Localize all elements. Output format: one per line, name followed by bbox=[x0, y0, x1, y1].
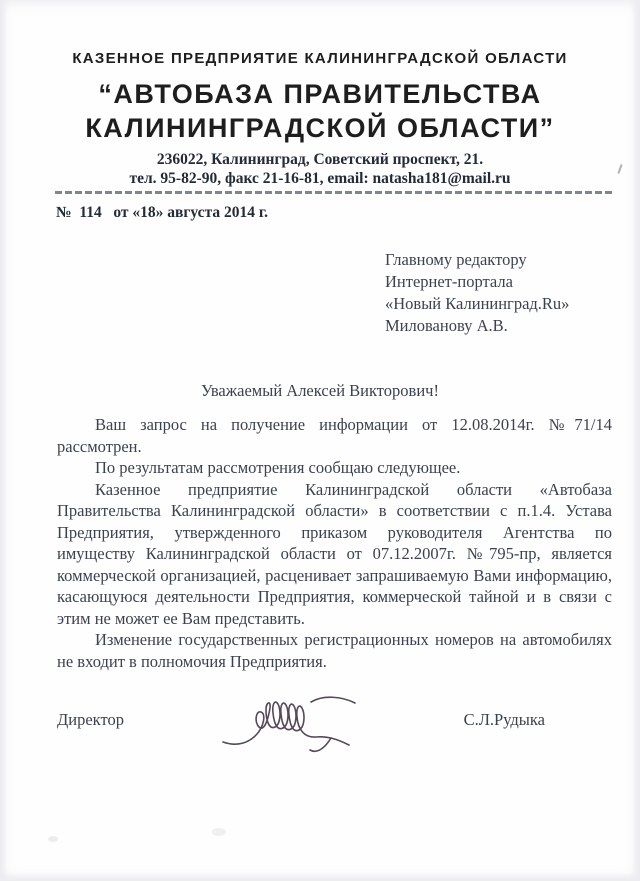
letter-page: КАЗЕННОЕ ПРЕДПРИЯТИЕ КАЛИНИНГРАДСКОЙ ОБЛ… bbox=[0, 0, 640, 881]
org-type-line: КАЗЕННОЕ ПРЕДПРИЯТИЕ КАЛИНИНГРАДСКОЙ ОБЛ… bbox=[0, 50, 640, 68]
recipient-line: Главному редактору bbox=[385, 249, 640, 271]
body-paragraph: Казенное предприятие Калининградской обл… bbox=[57, 479, 612, 630]
recipient-line: Милованову А.В. bbox=[385, 315, 640, 337]
scan-edge-left bbox=[0, 0, 7, 881]
signer-title: Директор bbox=[57, 710, 124, 730]
letterhead-divider bbox=[55, 191, 614, 194]
org-name: “АВТОБАЗА ПРАВИТЕЛЬСТВА КАЛИНИНГРАДСКОЙ … bbox=[0, 77, 640, 145]
org-address: 236022, Калининград, Советский проспект,… bbox=[0, 150, 640, 169]
org-contacts: тел. 95-82-90, факс 21-16-81, email: nat… bbox=[0, 169, 640, 188]
scan-edge-bottom bbox=[0, 873, 640, 881]
signature-row: Директор С.Л.Рудыка bbox=[57, 710, 545, 756]
body-paragraph: Ваш запрос на получение информации от 12… bbox=[57, 414, 612, 457]
scan-edge-right bbox=[631, 0, 640, 881]
signer-name: С.Л.Рудыка bbox=[464, 710, 545, 730]
body-paragraph: Изменение государственных регистрационны… bbox=[57, 629, 612, 672]
handwritten-signature-icon bbox=[219, 694, 369, 756]
recipient-line: «Новый Калининград.Ru» bbox=[385, 293, 640, 315]
org-name-line1: “АВТОБАЗА ПРАВИТЕЛЬСТВА bbox=[0, 77, 640, 111]
recipient-line: Интернет-портала bbox=[385, 271, 640, 293]
org-name-line2: КАЛИНИНГРАДСКОЙ ОБЛАСТИ” bbox=[0, 111, 640, 145]
letterhead: КАЗЕННОЕ ПРЕДПРИЯТИЕ КАЛИНИНГРАДСКОЙ ОБЛ… bbox=[0, 0, 640, 188]
salutation: Уважаемый Алексей Викторович! bbox=[0, 381, 640, 401]
scan-artifact bbox=[48, 836, 58, 842]
recipient-block: Главному редактору Интернет-портала «Нов… bbox=[385, 249, 640, 337]
letter-body: Ваш запрос на получение информации от 12… bbox=[57, 414, 612, 672]
scan-artifact bbox=[212, 828, 226, 836]
body-paragraph: По результатам рассмотрения сообщаю след… bbox=[57, 457, 612, 479]
reference-number: № 114 от «18» августа 2014 г. bbox=[56, 203, 640, 222]
